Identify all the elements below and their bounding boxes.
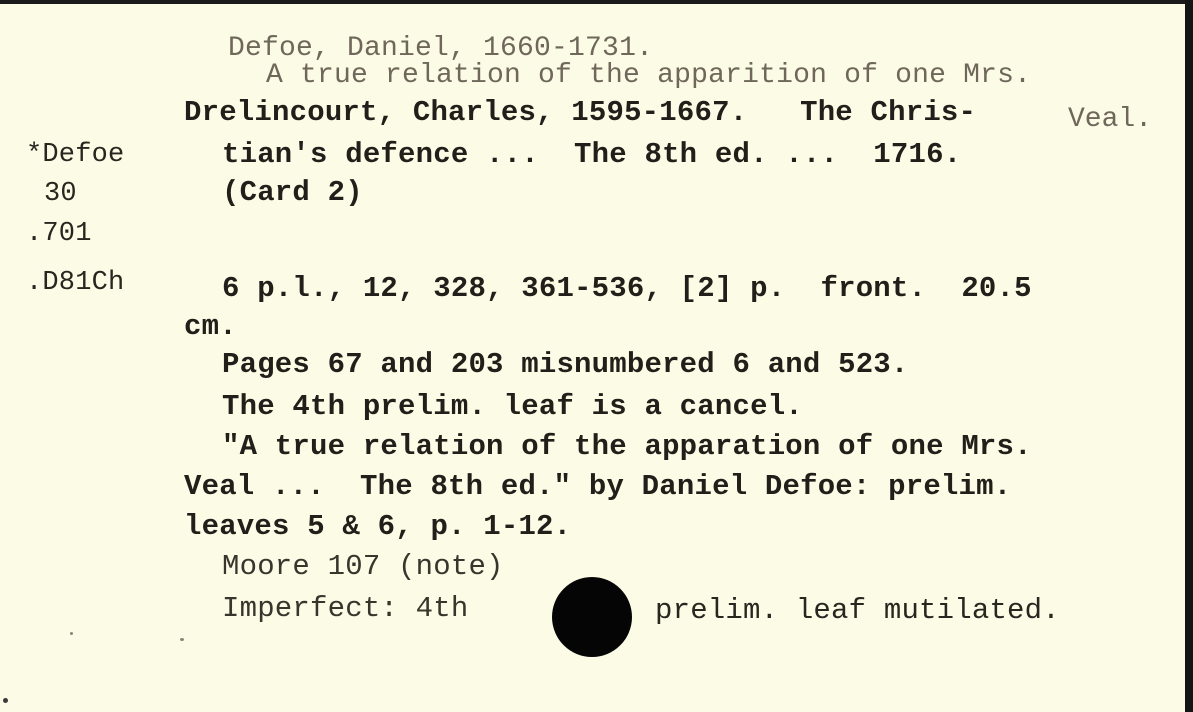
added-entry-title: A true relation of the apparition of one…	[266, 59, 1031, 93]
note-contents-3: leaves 5 & 6, p. 1-12.	[184, 510, 571, 544]
added-entry-title-continuation: Veal.	[1068, 104, 1152, 135]
collation-line-1: 6 p.l., 12, 328, 361-536, [2] p. front. …	[222, 272, 1032, 306]
paper-speck	[3, 698, 8, 703]
paper-speck	[70, 632, 73, 635]
note-imperfect-left: Imperfect: 4th	[222, 592, 468, 626]
note-reference: Moore 107 (note)	[222, 550, 504, 584]
paper-speck	[180, 638, 184, 641]
note-contents-2: Veal ... The 8th ed." by Daniel Defoe: p…	[184, 470, 1011, 504]
call-number-line-3: .701	[26, 217, 92, 251]
call-number-line-2: 30	[44, 177, 77, 211]
note-imperfect-right: prelim. leaf mutilated.	[655, 594, 1060, 628]
card-edge	[1185, 0, 1193, 712]
main-entry-title: tian's defence ... The 8th ed. ... 1716.	[222, 138, 961, 172]
note-cancel: The 4th prelim. leaf is a cancel.	[222, 390, 803, 424]
note-contents-1: "A true relation of the apparation of on…	[222, 430, 1032, 464]
call-number-line-4: .D81Ch	[26, 266, 124, 300]
call-number-line-1: *Defoe	[26, 138, 124, 172]
catalog-card: Defoe, Daniel, 1660-1731. A true relatio…	[0, 0, 1185, 712]
collation-line-2: cm.	[184, 310, 237, 344]
main-entry-heading: Drelincourt, Charles, 1595-1667. The Chr…	[184, 96, 976, 130]
card-sequence: (Card 2)	[222, 176, 363, 210]
card-punch-hole	[552, 577, 632, 657]
note-misnumbering: Pages 67 and 203 misnumbered 6 and 523.	[222, 348, 909, 382]
